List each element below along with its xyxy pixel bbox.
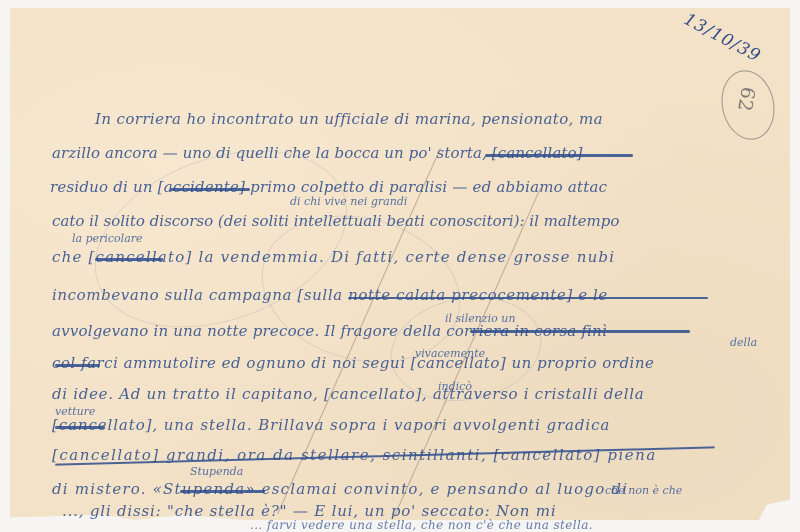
manuscript-line: che [cancellato] la vendemmia. Di fatti,…: [52, 248, 615, 266]
page-number: 62: [733, 85, 759, 113]
strikethrough-mark: [485, 154, 633, 157]
insertion: la pericolare: [72, 232, 143, 245]
strikethrough-mark: [170, 188, 250, 191]
strikethrough-mark: [180, 490, 265, 493]
insertion: Stupenda: [190, 465, 243, 478]
strikethrough-mark: [55, 426, 105, 429]
manuscript-line: di mistero. «Stupenda» esclamai convinto…: [52, 480, 628, 498]
insertion: della: [730, 336, 757, 349]
manuscript-line: cato il solito discorso (dei soliti inte…: [52, 212, 619, 230]
manuscript-line: di idee. Ad un tratto il capitano, [canc…: [52, 385, 644, 403]
manuscript-line: residuo di un [accidente] primo colpetto…: [50, 178, 607, 196]
manuscript-line: arzillo ancora — uno di quelli che la bo…: [52, 144, 583, 162]
strikethrough-mark: [348, 297, 708, 299]
manuscript-line: In corriera ho incontrato un ufficiale d…: [95, 110, 603, 128]
manuscript-line: ... farvi vedere una stella, che non c'è…: [250, 518, 593, 532]
manuscript-line: [cancellato], una stella. Brillava sopra…: [52, 416, 610, 434]
manuscript-line: col farci ammutolire ed ognuno di noi se…: [52, 354, 654, 372]
strikethrough-mark: [470, 330, 690, 333]
strikethrough-mark: [95, 258, 163, 261]
strikethrough-mark: [55, 364, 100, 367]
insertion: di chi vive nei grandi: [290, 195, 407, 208]
manuscript-line: incombevano sulla campagna [sulla notte …: [52, 286, 608, 304]
insertion: che non è che: [605, 484, 682, 497]
